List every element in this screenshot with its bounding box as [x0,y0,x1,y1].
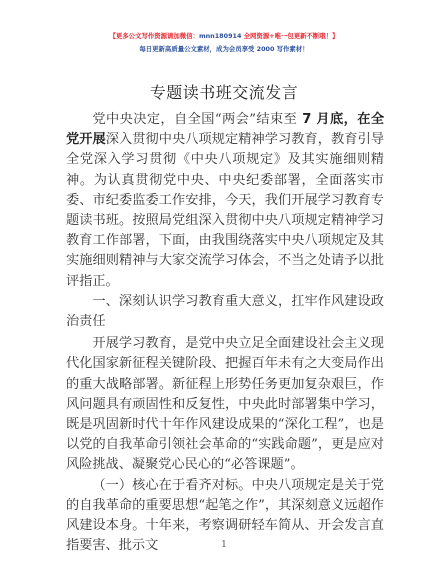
paragraph-intro: 党中央决定，自全国“两会”结束至 7 月底，在全党开展深入贯彻中央八项规定精神学… [66,110,384,292]
promo-banner-line-2: 每日更新高质量公文素材，成为会员享受 2000 写作素材！ [0,44,448,53]
wechat-id: mnn180914 [199,32,241,40]
document-body: 党中央决定，自全国“两会”结束至 7 月底，在全党开展深入贯彻中央八项规定精神学… [66,110,384,556]
page-number: 1 [0,540,448,550]
intro-text: 党中央决定，自全国“两会”结束至 [92,112,297,127]
promo-text: 【更多公文写作资源请加微信： [110,32,199,40]
paragraph-section-1: 开展学习教育，是党中央立足全面建设社会主义现代化国家新征程关键阶段、把握百年未有… [66,334,384,475]
document-title: 专题读书班交流发言 [0,80,448,103]
intro-text-cont: 深入贯彻中央八项规定精神学习教育，教育引导全党深入学习贯彻《中央八项规定》及其实… [66,132,384,288]
promo-banner-line-1: 【更多公文写作资源请加微信：mnn180914 全网资源+唯一包更新不断哦！】 [0,31,448,40]
section-heading-1: 一、深刻认识学习教育重大意义，扛牢作风建设政治责任 [66,292,384,332]
promo-text-tail: 全网资源+唯一包更新不断哦！】 [241,32,338,40]
